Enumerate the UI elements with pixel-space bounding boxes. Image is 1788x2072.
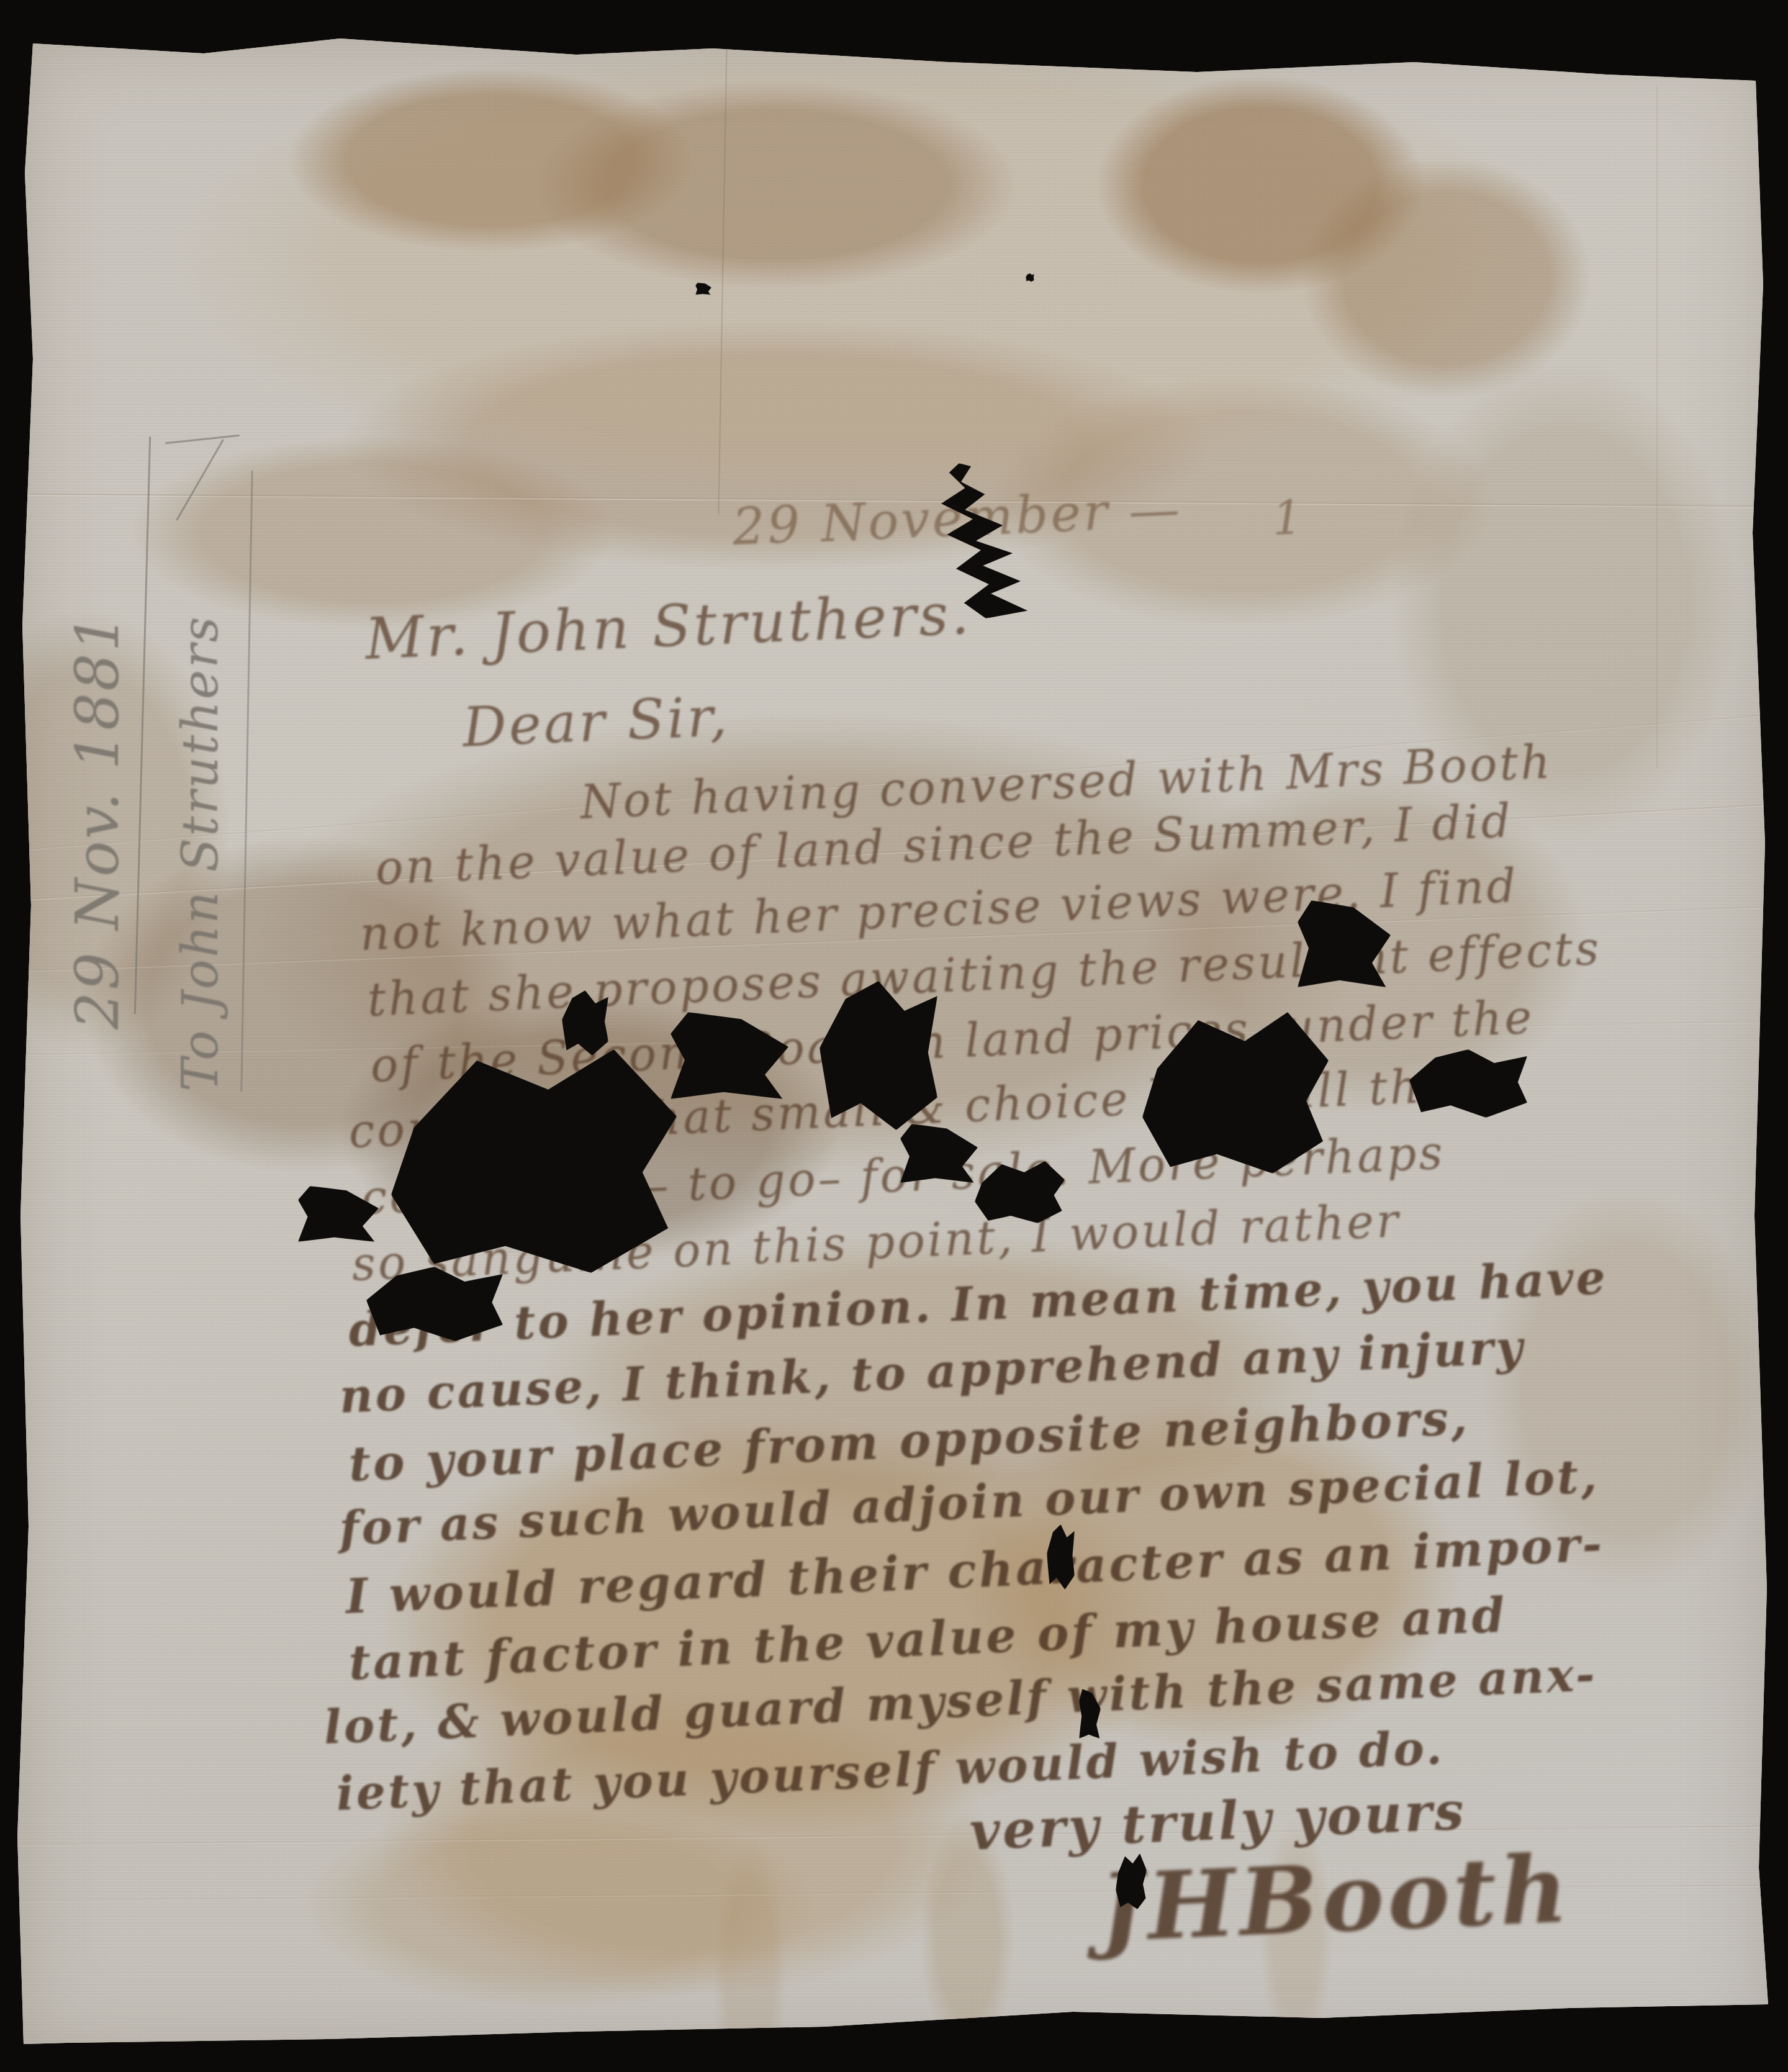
salutation-line: Dear Sir, [461, 684, 731, 759]
signature: JHBooth [1098, 1834, 1574, 1963]
letter-photograph: 29 Nov. 1881 To John Struthers 29 Novemb… [0, 0, 1788, 2072]
margin-note-addressee: To John Struthers [171, 615, 229, 1092]
page-number: 1 [1271, 491, 1306, 546]
crease-line [1656, 86, 1658, 769]
paper-sheet: 29 Nov. 1881 To John Struthers 29 Novemb… [17, 36, 1774, 2054]
margin-note-date: 29 Nov. 1881 [64, 612, 132, 1029]
